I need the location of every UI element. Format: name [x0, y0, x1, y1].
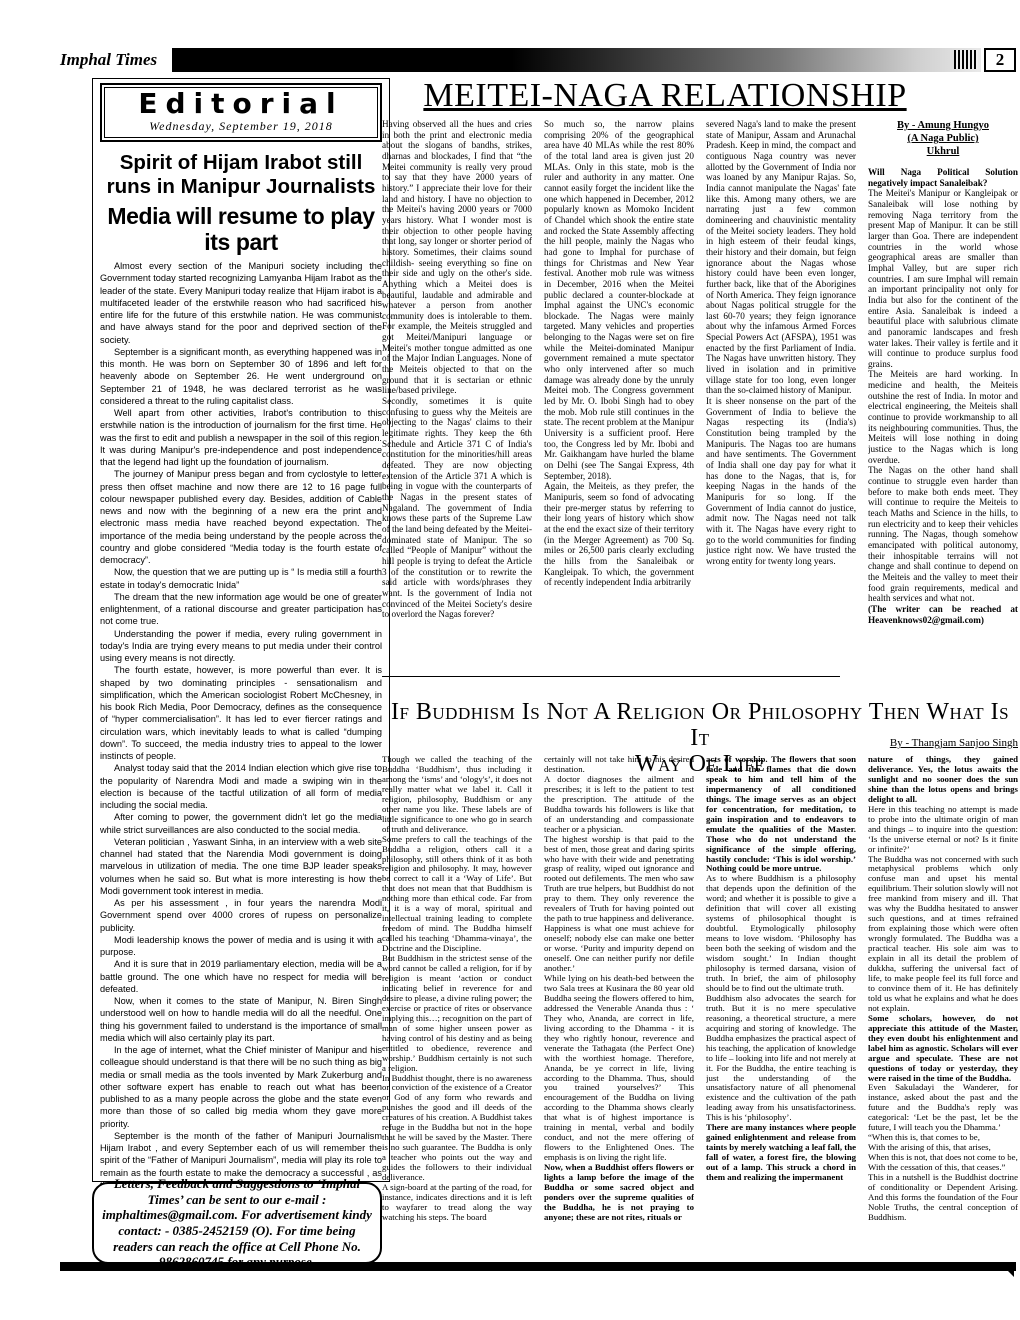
paragraph: The Nagas on the other hand shall contin…	[868, 465, 1018, 604]
article-headline: MEITEI-NAGA RELATIONSHIP	[382, 76, 948, 116]
paragraph: Even Sakuladayi the Wanderer, for instan…	[868, 1083, 1018, 1133]
paragraph: The dream that the new information age w…	[100, 591, 382, 628]
editorial-header-box: Editorial Wednesday, September 19, 2018	[100, 83, 382, 142]
editorial-body: Almost every section of the Manipuri soc…	[100, 260, 382, 1202]
letters-box-text: Letters, Feedback and Suggestions to ‘Im…	[94, 1174, 380, 1272]
paragraph: But Buddhism in the strictest sense of t…	[382, 954, 532, 1073]
article-column-1: Having observed all the hues and cries i…	[382, 119, 532, 671]
masthead: Imphal Times 2	[60, 48, 1016, 72]
paragraph: Buddhism also advocates the search for t…	[706, 994, 856, 1123]
article-column-4: By - Amung Hungyo (A Naga Public) Ukhrul…	[868, 119, 1018, 705]
paragraph: Now, when a Buddhist offers flowers or l…	[544, 1163, 694, 1223]
paragraph: Understanding the power if media, every …	[100, 628, 382, 665]
article-meitei-naga: MEITEI-NAGA RELATIONSHIP Having observed…	[382, 76, 1018, 705]
byline: By - Amung Hungyo (A Naga Public) Ukhrul	[868, 119, 1018, 158]
editorial-section: Editorial Wednesday, September 19, 2018 …	[92, 78, 390, 1182]
article-column-1: Though we called the teaching of the Bud…	[382, 755, 532, 1261]
byline: By - Thangjam Sanjoo Singh	[890, 737, 1018, 749]
bottom-rule	[60, 1262, 1016, 1271]
paragraph: This in a nutshell is the Buddhist doctr…	[868, 1173, 1018, 1223]
paragraph: There are many instances where people ga…	[706, 1123, 856, 1183]
article-buddhism: If Buddhism Is Not A Religion Or Philoso…	[382, 699, 1018, 1261]
paragraph: The Meiteis are hard working. In medicin…	[868, 369, 1018, 465]
paragraph: (The writer can be reached at Heavenknow…	[868, 604, 1018, 625]
paragraph: Here in this teaching no attempt is made…	[868, 805, 1018, 855]
paragraph: Some scholars, however, do not appreciat…	[868, 1014, 1018, 1084]
paragraph: Analyst today said that the 2014 Indian …	[100, 762, 382, 811]
paragraph: Now, when it comes to the state of Manip…	[100, 995, 382, 1044]
newspaper-page: Imphal Times 2 Editorial Wednesday, Sept…	[0, 0, 1020, 1320]
paragraph: “When this is, that comes to be, With th…	[868, 1133, 1018, 1173]
barcode-decoration	[954, 50, 978, 69]
editorial-headline: Spirit of Hijam Irabot still runs in Man…	[100, 151, 382, 199]
article-column-2: certainly will not take him to his desir…	[544, 755, 694, 1261]
paragraph: Modi leadership knows the power of media…	[100, 934, 382, 959]
paragraph: Now, the question that we are putting up…	[100, 566, 382, 591]
article-buddhism-header: If Buddhism Is Not A Religion Or Philoso…	[382, 699, 1018, 751]
paragraph: The journey of Manipur press began and f…	[100, 468, 382, 566]
article-headline-line2: Way Of Life	[382, 751, 1018, 777]
paragraph: As per his assessment , in four years th…	[100, 897, 382, 934]
paragraph: In Buddhist thought, there is no awarene…	[382, 1074, 532, 1183]
article-column-3: severed Naga's land to make the present …	[706, 119, 856, 671]
masthead-gradient-bar	[172, 48, 981, 72]
paragraph: The Meitei's Manipur or Kangleipak or Sa…	[868, 188, 1018, 369]
paragraph: While lying on his death-bed between the…	[544, 974, 694, 1163]
article-column-3: acts of worship. The flowers that soon f…	[706, 755, 856, 1261]
paper-name: Imphal Times	[60, 48, 172, 72]
paragraph: The highest worship is that paid to the …	[544, 835, 694, 974]
article-column-4: nature of things, they gained deliveranc…	[868, 755, 1018, 1261]
paragraph: severed Naga's land to make the present …	[706, 119, 856, 396]
paragraph: A doctor diagnoses the ailment and presc…	[544, 775, 694, 835]
paragraph: It is sheer nonsense on the part of the …	[706, 396, 856, 567]
letters-box: Letters, Feedback and Suggestions to ‘Im…	[92, 1182, 382, 1264]
paragraph: A sign-board at the parting of the road,…	[382, 1183, 532, 1223]
paragraph: Secondly, sometimes it is quite confusin…	[382, 396, 532, 620]
paragraph: The fourth estate, however, is more powe…	[100, 664, 382, 762]
paragraph: Veteran politician , Yaswant Sinha, in a…	[100, 836, 382, 897]
paragraph: Almost every section of the Manipuri soc…	[100, 260, 382, 346]
editorial-title: Editorial	[109, 89, 373, 119]
paragraph: Having observed all the hues and cries i…	[382, 119, 532, 396]
editorial-subheadline: Media will resume to play its part	[100, 203, 382, 255]
bottom-rule-tick	[1008, 1271, 1014, 1277]
editorial-date: Wednesday, September 19, 2018	[109, 119, 373, 134]
article-column-2: So much so, the narrow plains comprising…	[544, 119, 694, 671]
paragraph: The Buddha was not concerned with such m…	[868, 855, 1018, 1014]
paragraph: In the age of internet, what the Chief m…	[100, 1044, 382, 1130]
paragraph: As to where Buddhism is a philosophy tha…	[706, 874, 856, 993]
paragraph: After coming to power, the government di…	[100, 811, 382, 836]
paragraph: Will Naga Political Solution negatively …	[868, 167, 1018, 188]
paragraph: Well apart from other activities, Irabot…	[100, 407, 382, 468]
paragraph: September is a significant month, as eve…	[100, 346, 382, 407]
paragraph: And it is sure that in 2019 parliamentar…	[100, 958, 382, 995]
page-number: 2	[984, 48, 1016, 72]
section-divider	[382, 676, 840, 677]
paragraph: Some prefers to call the teachings of th…	[382, 835, 532, 954]
paragraph: So much so, the narrow plains comprising…	[544, 119, 694, 481]
paragraph: Again, the Meiteis, as they prefer, the …	[544, 481, 694, 588]
